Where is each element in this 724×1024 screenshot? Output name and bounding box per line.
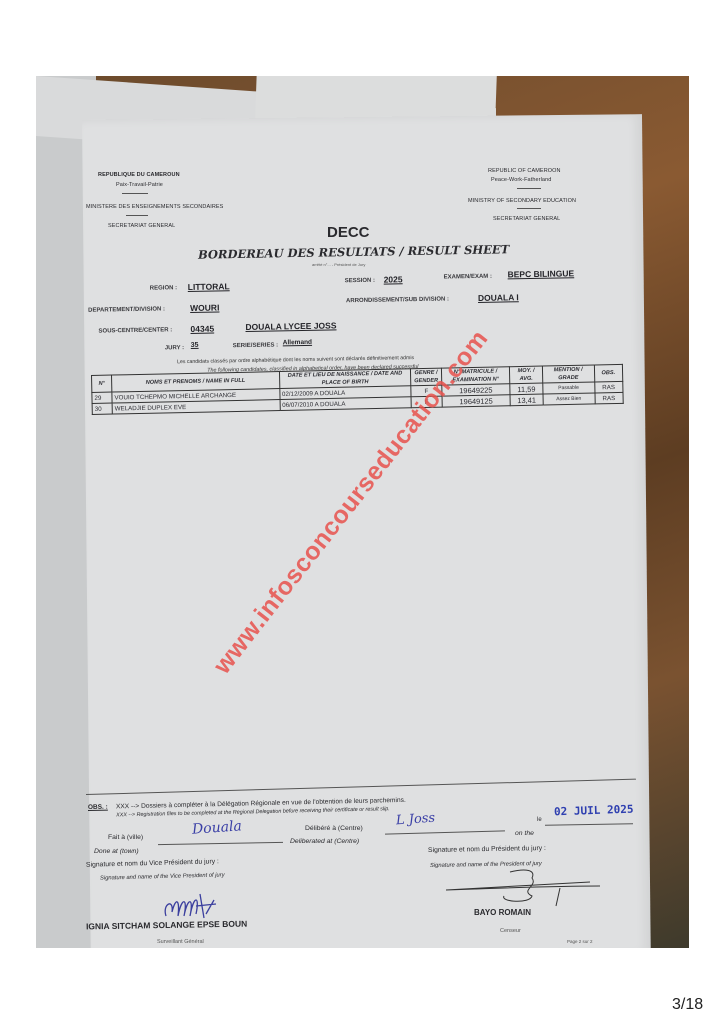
done-at-label-fr: Fait à (ville) (108, 834, 143, 841)
on-label-fr: le (537, 817, 542, 823)
deliberated-label-fr: Délibéré à (Centre) (305, 825, 363, 832)
president-signature-icon (440, 868, 620, 908)
president-name: BAYO ROMAIN (474, 908, 531, 917)
on-label-en: on the (515, 830, 534, 837)
page-indicator: 3/18 (672, 996, 703, 1014)
page-of-label: Page 2 sur 2 (567, 939, 593, 944)
deliberated-label-en: Deliberated at (Centre) (290, 838, 359, 845)
obs-label: OBS. : (88, 804, 108, 811)
president-title: Censeur (500, 928, 521, 934)
vp-title: Surveillant Général (157, 939, 204, 945)
date-stamp: 02 JUIL 2025 (554, 803, 634, 819)
done-at-label-en: Done at (town) (94, 848, 139, 855)
deliberated-value: L Joss (396, 811, 436, 829)
